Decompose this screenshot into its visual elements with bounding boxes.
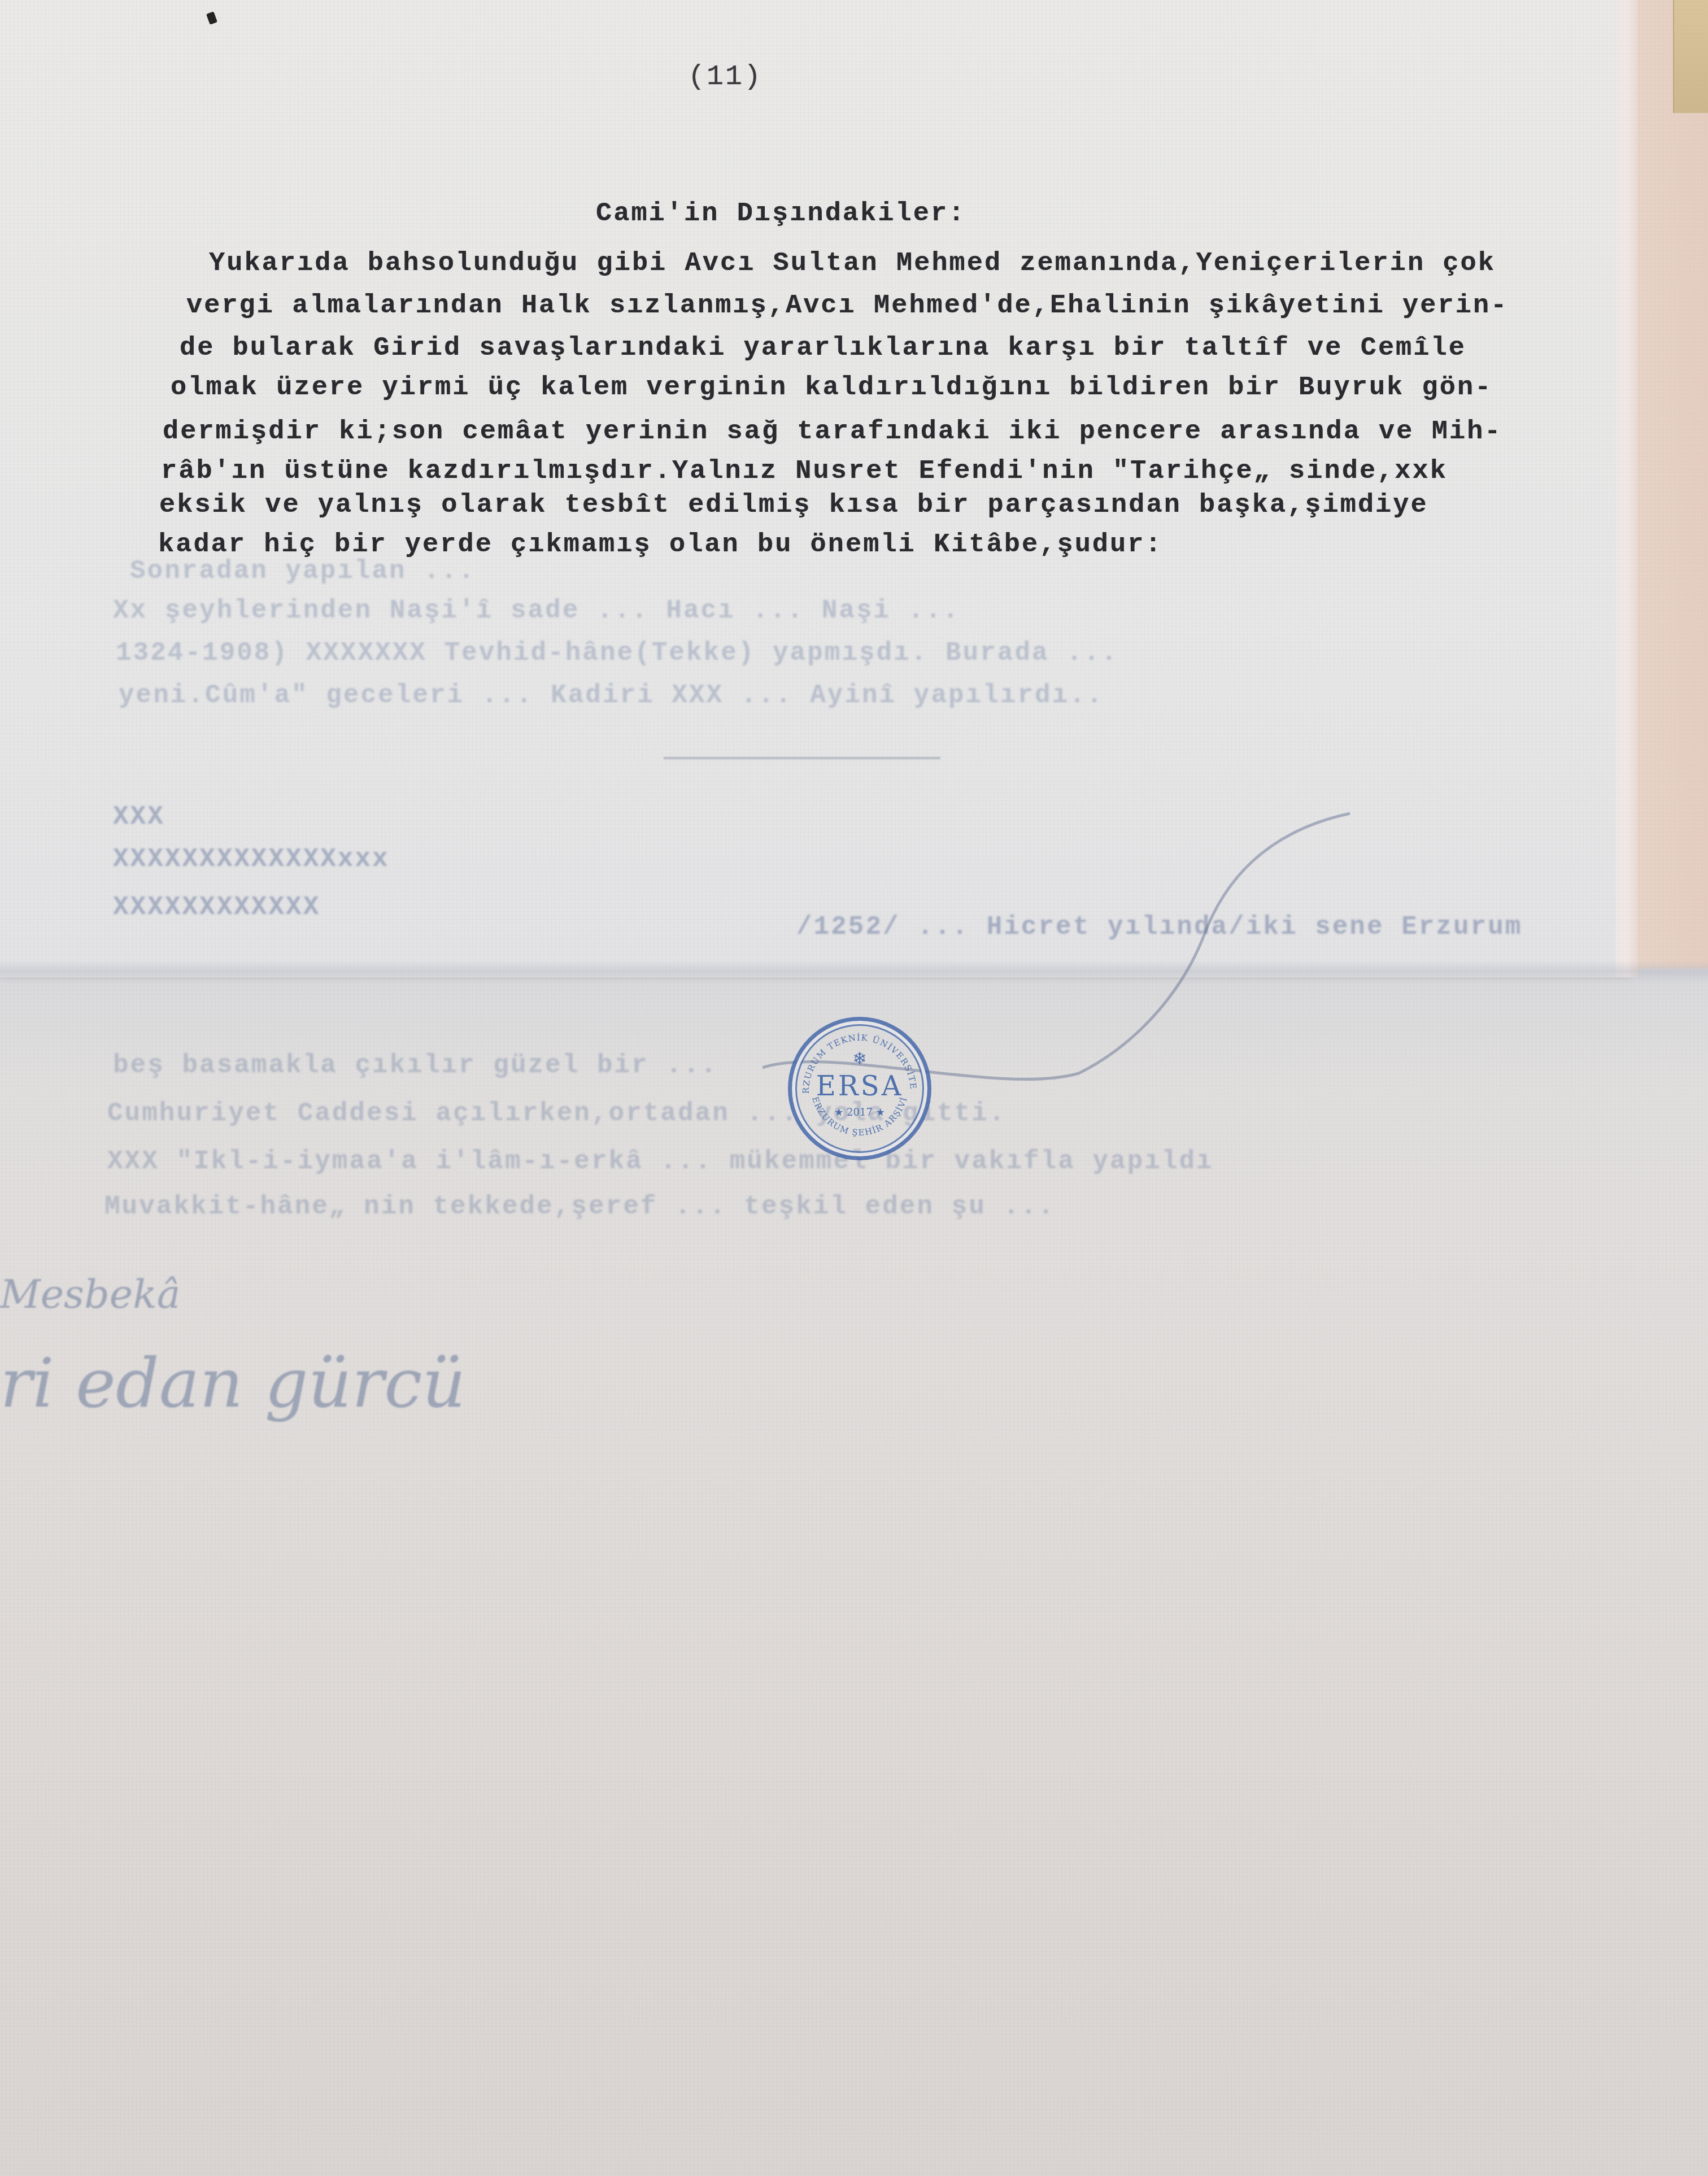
body-line: vergi almalarından Halk sızlanmış,Avcı M…	[186, 291, 1508, 321]
show-through-line: XXX "Ikl-i-iymaa'a i'lâm-ı-erkâ ... müke…	[107, 1147, 1214, 1176]
show-through-line: XXXXXXXXXXXX	[113, 893, 320, 922]
handwritten-signature: ri edan gürcü	[0, 1344, 466, 1423]
show-through-line: yeni.Cûm'a" geceleri ... Kadiri XXX ... …	[119, 681, 1104, 710]
show-through-line: XXXXXXXXXXXXXxxx	[113, 845, 390, 874]
stamp-year-value: 2017	[847, 1107, 873, 1119]
show-through-line: Sonradan yapılan ...	[130, 556, 476, 586]
show-through-line: XXX	[113, 802, 165, 832]
page-edge	[1615, 0, 1638, 977]
body-line: kadar hiç bir yerde çıkmamış olan bu öne…	[158, 530, 1163, 560]
horizontal-rule	[664, 757, 940, 759]
body-line: Yukarıda bahsolunduğu gibi Avcı Sultan M…	[209, 249, 1496, 278]
archive-stamp: ERZURUM TEKNİK ÜNİVERSİTESİ ERZURUM ŞEHİ…	[788, 1017, 931, 1160]
snowflake-icon: ❄	[792, 1049, 927, 1069]
folder-tab	[1673, 0, 1708, 113]
stamp-center-text: ERSA	[792, 1070, 927, 1102]
show-through-line: 1324-1908) XXXXXXX Tevhid-hâne(Tekke) ya…	[116, 638, 1118, 668]
body-line: eksik ve yalnış olarak tesbît edilmiş kı…	[159, 490, 1428, 520]
handwritten-note: Mesbekâ	[0, 1271, 180, 1317]
show-through-line: Xx şeyhlerinden Naşi'î sade ... Hacı ...…	[113, 596, 960, 625]
stamp-year: ★ 2017 ★	[792, 1107, 927, 1119]
section-title: Cami'in Dışındakiler:	[596, 199, 966, 229]
show-through-line: beş basamakla çıkılır güzel bir ...	[113, 1051, 735, 1080]
show-through-line: Muvakkit-hâne„ nin tekkede,şeref ... teş…	[104, 1192, 1055, 1221]
body-line: de bularak Girid savaşlarındaki yararlık…	[180, 333, 1466, 363]
body-line: dermişdir ki;son cemâat yerinin sağ tara…	[163, 417, 1502, 447]
body-line: olmak üzere yirmi üç kalem verginin kald…	[171, 373, 1492, 403]
body-line: râb'ın üstüne kazdırılmışdır.Yalnız Nusr…	[161, 456, 1448, 486]
page-number: (11)	[688, 61, 762, 93]
